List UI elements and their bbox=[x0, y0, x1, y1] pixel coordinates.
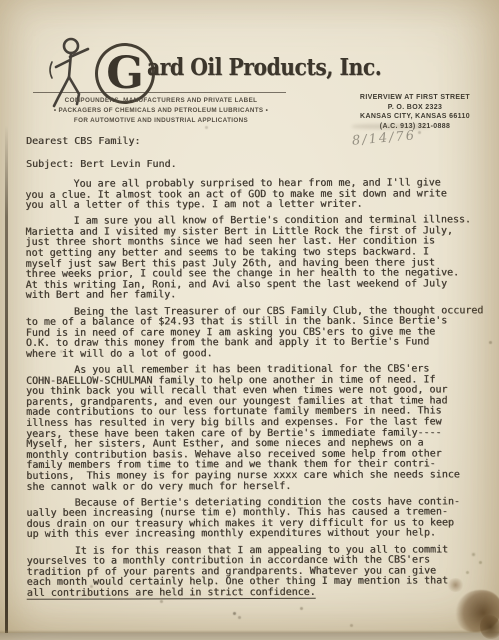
scanned-letter-page: G ard Oil Products, Inc. COMPOUNDERS, MA… bbox=[0, 0, 499, 640]
letterhead-rule bbox=[33, 92, 286, 93]
address-line: RIVERVIEW AT FIRST STREET bbox=[350, 93, 480, 103]
underlined-confidence-line: all contributions are held in strict con… bbox=[27, 587, 316, 600]
subject-line: Subject: Bert Levin Fund. bbox=[26, 159, 177, 170]
pencil-smudge bbox=[352, 124, 430, 129]
tagline-line: • PACKAGERS OF CHEMICALS AND PETROLEUM L… bbox=[36, 106, 286, 116]
logo-big-g: G bbox=[95, 43, 155, 104]
paragraph: I am sure you all know of Bertie's condi… bbox=[25, 215, 489, 301]
salutation: Dearest CBS Family: bbox=[26, 136, 140, 147]
company-name: ard Oil Products, Inc. bbox=[147, 54, 381, 81]
paragraph: As you all remember it has been traditio… bbox=[26, 364, 490, 493]
scanner-background-strip bbox=[0, 633, 499, 640]
stain bbox=[447, 578, 464, 592]
tagline-line: FOR AUTOMOTIVE AND INDUSTRIAL APPLICATIO… bbox=[36, 116, 286, 126]
letter-body: You are all probably surprised to hear f… bbox=[25, 178, 490, 605]
company-tagline: COMPOUNDERS, MANUFACTURERS AND PRIVATE L… bbox=[36, 96, 286, 125]
address-line: P. O. BOX 2323 bbox=[350, 103, 480, 113]
tagline-line: COMPOUNDERS, MANUFACTURERS AND PRIVATE L… bbox=[36, 96, 286, 106]
address-line: KANSAS CITY, KANSAS 66110 bbox=[350, 112, 480, 122]
paragraph: Because of Bertie's deteriating conditio… bbox=[26, 497, 490, 541]
paragraph: You are all probably surprised to hear f… bbox=[25, 178, 489, 211]
paragraph: Being the last Treasurer of our CBS Fami… bbox=[26, 306, 490, 361]
paragraph-closing: It is for this reason that I am appealin… bbox=[27, 545, 491, 600]
stain bbox=[480, 615, 499, 639]
paper-specks bbox=[0, 0, 3, 3]
closing-text: It is for this reason that I am appealin… bbox=[27, 544, 449, 588]
scan-left-edge bbox=[5, 125, 8, 637]
